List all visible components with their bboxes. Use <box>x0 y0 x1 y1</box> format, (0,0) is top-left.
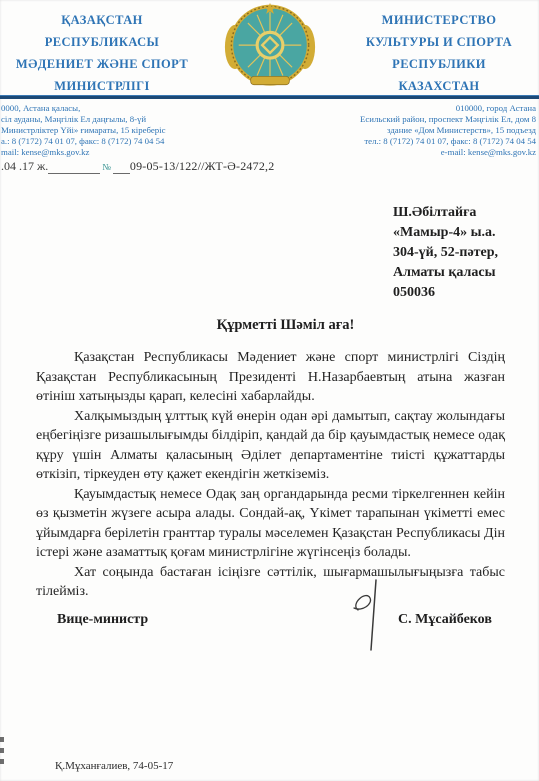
contact-block-russian: 010000, город Астана Есильский район, пр… <box>360 103 536 158</box>
contact-line: 010000, город Астана <box>360 103 536 114</box>
signer-name: С. Мұсайбеков <box>398 612 492 628</box>
body-paragraph: Халқымыздың ұлттық күй өнерін одан әрі д… <box>36 407 505 485</box>
contact-line: тел.: 8 (7172) 74 01 07, факс: 8 (7172) … <box>360 136 536 147</box>
contact-line: Министрліктер Үйі» ғимараты, 15 кіребері… <box>1 125 166 136</box>
contact-blocks: 0000, Астана қаласы, сіл ауданы, Мәңгілі… <box>1 103 536 158</box>
letter-body: Қазақстан Республикасы Мәдениет және спо… <box>36 348 505 602</box>
handwritten-signature-icon <box>346 578 390 652</box>
contact-line: 0000, Астана қаласы, <box>1 103 166 114</box>
contact-line: Есильский район, проспект Мәңгілік Ел, д… <box>360 114 536 125</box>
letterhead-divider <box>0 95 539 99</box>
org-name-kazakh: ҚАЗАҚСТАН РЕСПУБЛИКАСЫ МӘДЕНИЕТ ЖӘНЕ СПО… <box>4 9 200 97</box>
contact-block-kazakh: 0000, Астана қаласы, сіл ауданы, Мәңгілі… <box>1 103 166 158</box>
letter-page: ҚАЗАҚСТАН РЕСПУБЛИКАСЫ МӘДЕНИЕТ ЖӘНЕ СПО… <box>0 0 539 781</box>
body-paragraph: Қазақстан Республикасы Мәдениет және спо… <box>36 348 505 407</box>
org-kk-line: МИНИСТРЛІГІ <box>4 75 200 97</box>
body-paragraph: Қауымдастық немесе Одақ заң органдарында… <box>36 485 505 563</box>
recipient-postcode: 050036 <box>393 283 498 303</box>
contact-line: а.: 8 (7172) 74 01 07, факс: 8 (7172) 74… <box>1 136 166 147</box>
signer-title: Вице-министр <box>57 612 148 628</box>
contact-line: здание «Дом Министерств», 15 подъезд <box>360 125 536 136</box>
org-kk-line: РЕСПУБЛИКАСЫ <box>4 31 200 53</box>
salutation: Құрметті Шәміл аға! <box>36 317 505 334</box>
letter-date: .04 .17 ж. <box>1 159 48 174</box>
org-ru-line: МИНИСТЕРСТВО <box>340 9 538 31</box>
org-ru-line: КУЛЬТУРЫ И СПОРТА <box>340 31 538 53</box>
recipient-name: Ш.Әбілтайға <box>393 203 498 223</box>
contact-line: сіл ауданы, Мәңгілік Ел даңғылы, 8-үй <box>1 114 166 125</box>
org-name-russian: МИНИСТЕРСТВО КУЛЬТУРЫ И СПОРТА РЕСПУБЛИК… <box>340 9 538 97</box>
number-blank-line <box>113 160 130 174</box>
recipient-address-line: 304-үй, 52-пәтер, <box>393 243 498 263</box>
org-ru-line: КАЗАХСТАН <box>340 75 538 97</box>
org-kk-line: МӘДЕНИЕТ ЖӘНЕ СПОРТ <box>4 53 200 75</box>
org-kk-line: ҚАЗАҚСТАН <box>4 9 200 31</box>
executor-line: Қ.Мұханғалиев, 74-05-17 <box>55 760 173 772</box>
org-ru-line: РЕСПУБЛИКИ <box>340 53 538 75</box>
recipient-block: Ш.Әбілтайға «Мамыр-4» ы.а. 304-үй, 52-пә… <box>393 203 498 303</box>
number-sign: № <box>100 162 113 174</box>
date-blank-line <box>48 160 100 174</box>
letter-number: 09-05-13/122//ЖТ-Ә-2472,2 <box>130 159 275 174</box>
scan-artifact <box>0 737 4 769</box>
recipient-address-line: «Мамыр-4» ы.а. <box>393 223 498 243</box>
reference-line: .04 .17 ж. № 09-05-13/122//ЖТ-Ә-2472,2 <box>1 159 301 174</box>
kazakhstan-coat-of-arms-icon <box>224 1 316 93</box>
body-paragraph: Хат соңында бастаған ісіңізге сәттілік, … <box>36 563 505 602</box>
contact-line: e-mail: kense@mks.gov.kz <box>360 147 536 158</box>
contact-line: mail: kense@mks.gov.kz <box>1 147 166 158</box>
recipient-address-line: Алматы қаласы <box>393 263 498 283</box>
